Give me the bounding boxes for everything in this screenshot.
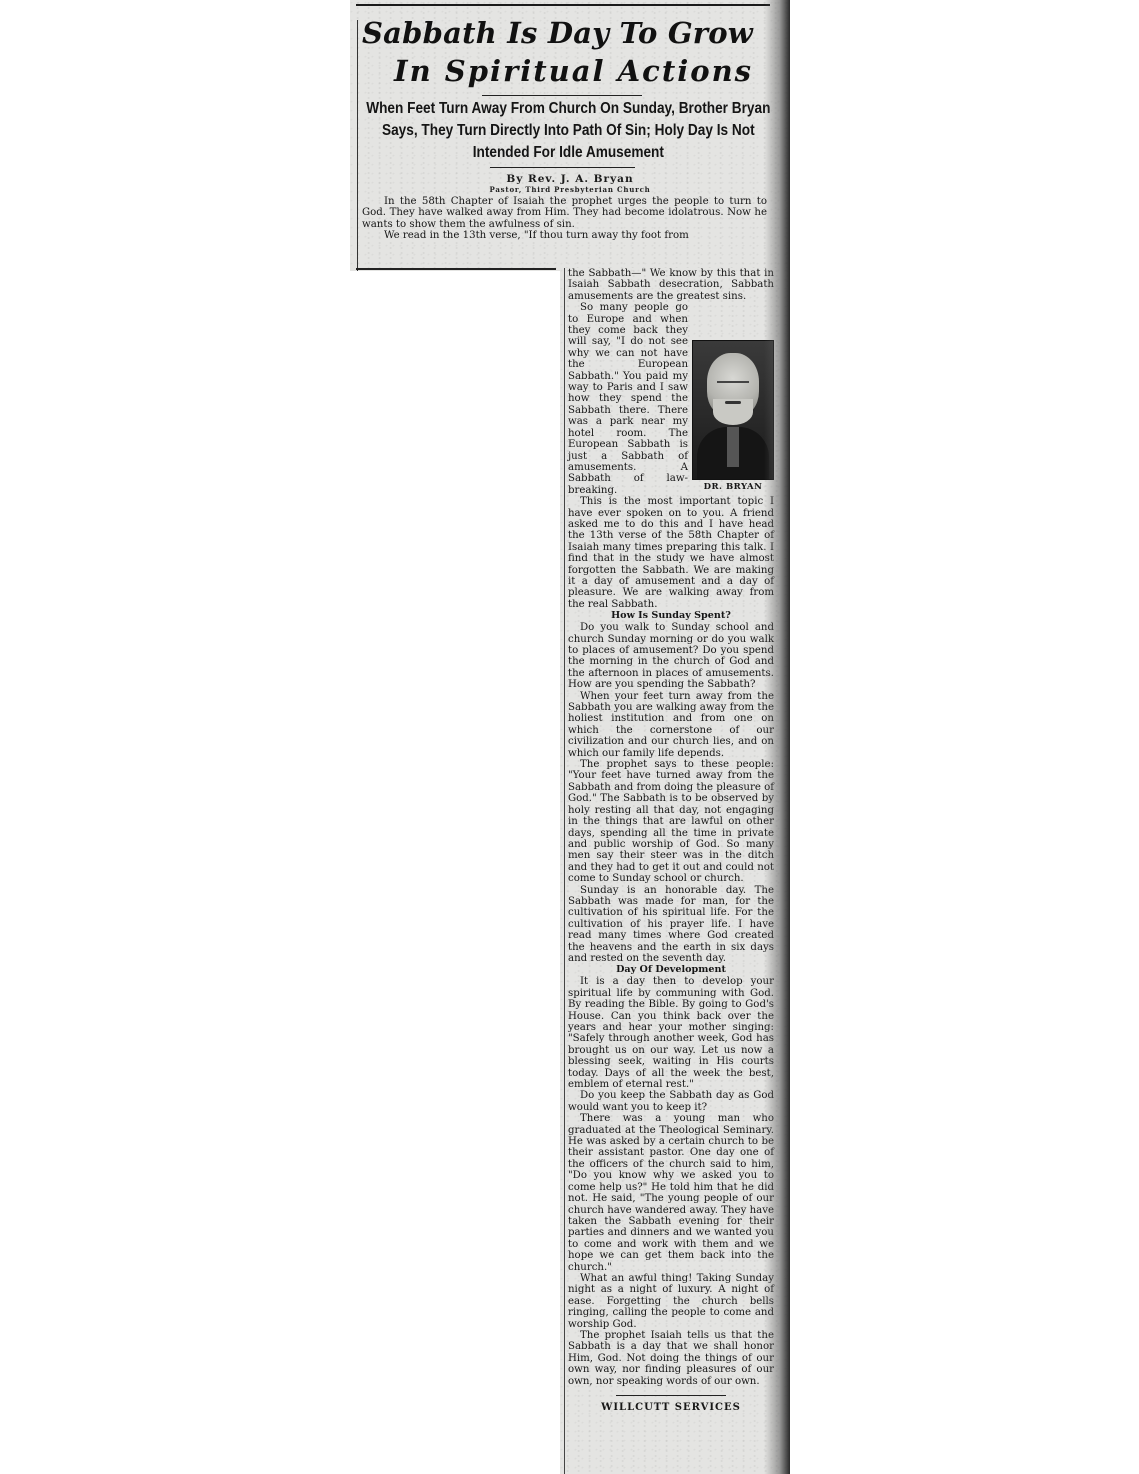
article-end-rule (616, 1395, 726, 1396)
intro-paragraph: In the 58th Chapter of Isaiah the prophe… (362, 196, 767, 230)
portrait-photo-icon (692, 340, 774, 480)
intro-paragraph: We read in the 13th verse, "If thou turn… (362, 230, 767, 241)
paragraph: It is a day then to develop your spiritu… (568, 976, 774, 1090)
article-column-clipping: the Sabbath—" We know by this that in Is… (560, 268, 790, 1474)
article-header-clipping: Sabbath Is Day To Grow In Spiritual Acti… (350, 0, 790, 271)
paragraph: the Sabbath—" We know by this that in Is… (568, 268, 774, 302)
deck-divider (490, 167, 635, 168)
next-article-heading: WILLCUTT SERVICES (568, 1402, 774, 1413)
headline-line-1: Sabbath Is Day To Grow (362, 14, 762, 52)
paragraph: There was a young man who graduated at t… (568, 1113, 774, 1273)
subhead-how-is-sunday-spent: How Is Sunday Spent? (568, 610, 774, 622)
paragraph: The prophet Isaiah tells us that the Sab… (568, 1330, 774, 1387)
deck-subheadline: When Feet Turn Away From Church On Sunda… (358, 98, 779, 164)
paragraph: Do you keep the Sabbath day as God would… (568, 1090, 774, 1113)
byline-title: Pastor, Third Presbyterian Church (350, 185, 790, 194)
photo-caption: DR. BRYAN (692, 482, 774, 493)
intro-text: In the 58th Chapter of Isaiah the prophe… (362, 196, 767, 242)
column-left-rule (564, 268, 565, 1474)
article-column: the Sabbath—" We know by this that in Is… (568, 268, 774, 1413)
paragraph: The prophet says to these people: "Your … (568, 759, 774, 884)
paragraph: When your feet turn away from the Sabbat… (568, 691, 774, 759)
paragraph: This is the most important topic I have … (568, 496, 774, 610)
headline: Sabbath Is Day To Grow In Spiritual Acti… (362, 14, 762, 90)
top-rule (356, 4, 770, 6)
headline-line-2: In Spiritual Actions (362, 52, 762, 90)
paragraph: What an awful thing! Taking Sunday night… (568, 1273, 774, 1330)
paragraph: Sunday is an honorable day. The Sabbath … (568, 885, 774, 965)
byline: By Rev. J. A. Bryan (350, 173, 790, 185)
column-jump-rule (356, 268, 556, 270)
subhead-day-of-development: Day Of Development (568, 964, 774, 976)
headline-divider (482, 95, 642, 96)
paragraph: Do you walk to Sunday school and church … (568, 622, 774, 690)
author-photo: DR. BRYAN (692, 340, 774, 490)
